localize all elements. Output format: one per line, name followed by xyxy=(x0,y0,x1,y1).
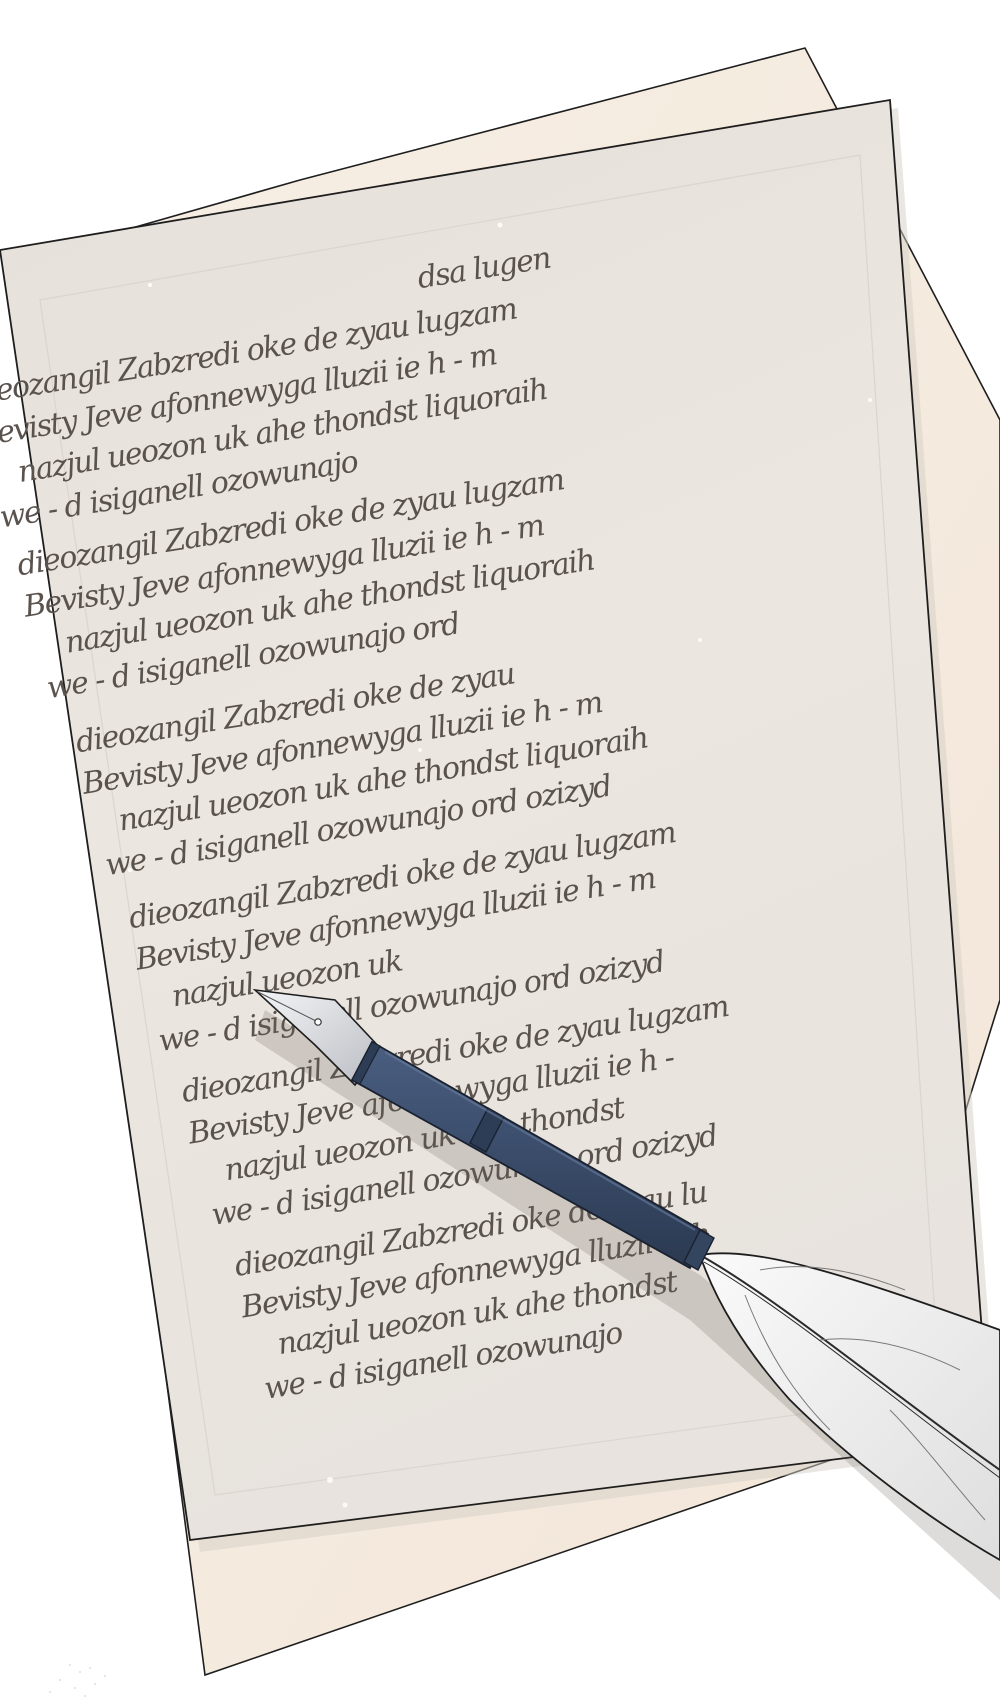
letter-illustration: dsa lugen dieozangil Zabzredi oke de zya… xyxy=(0,0,1000,1700)
halftone-texture xyxy=(49,1664,106,1697)
